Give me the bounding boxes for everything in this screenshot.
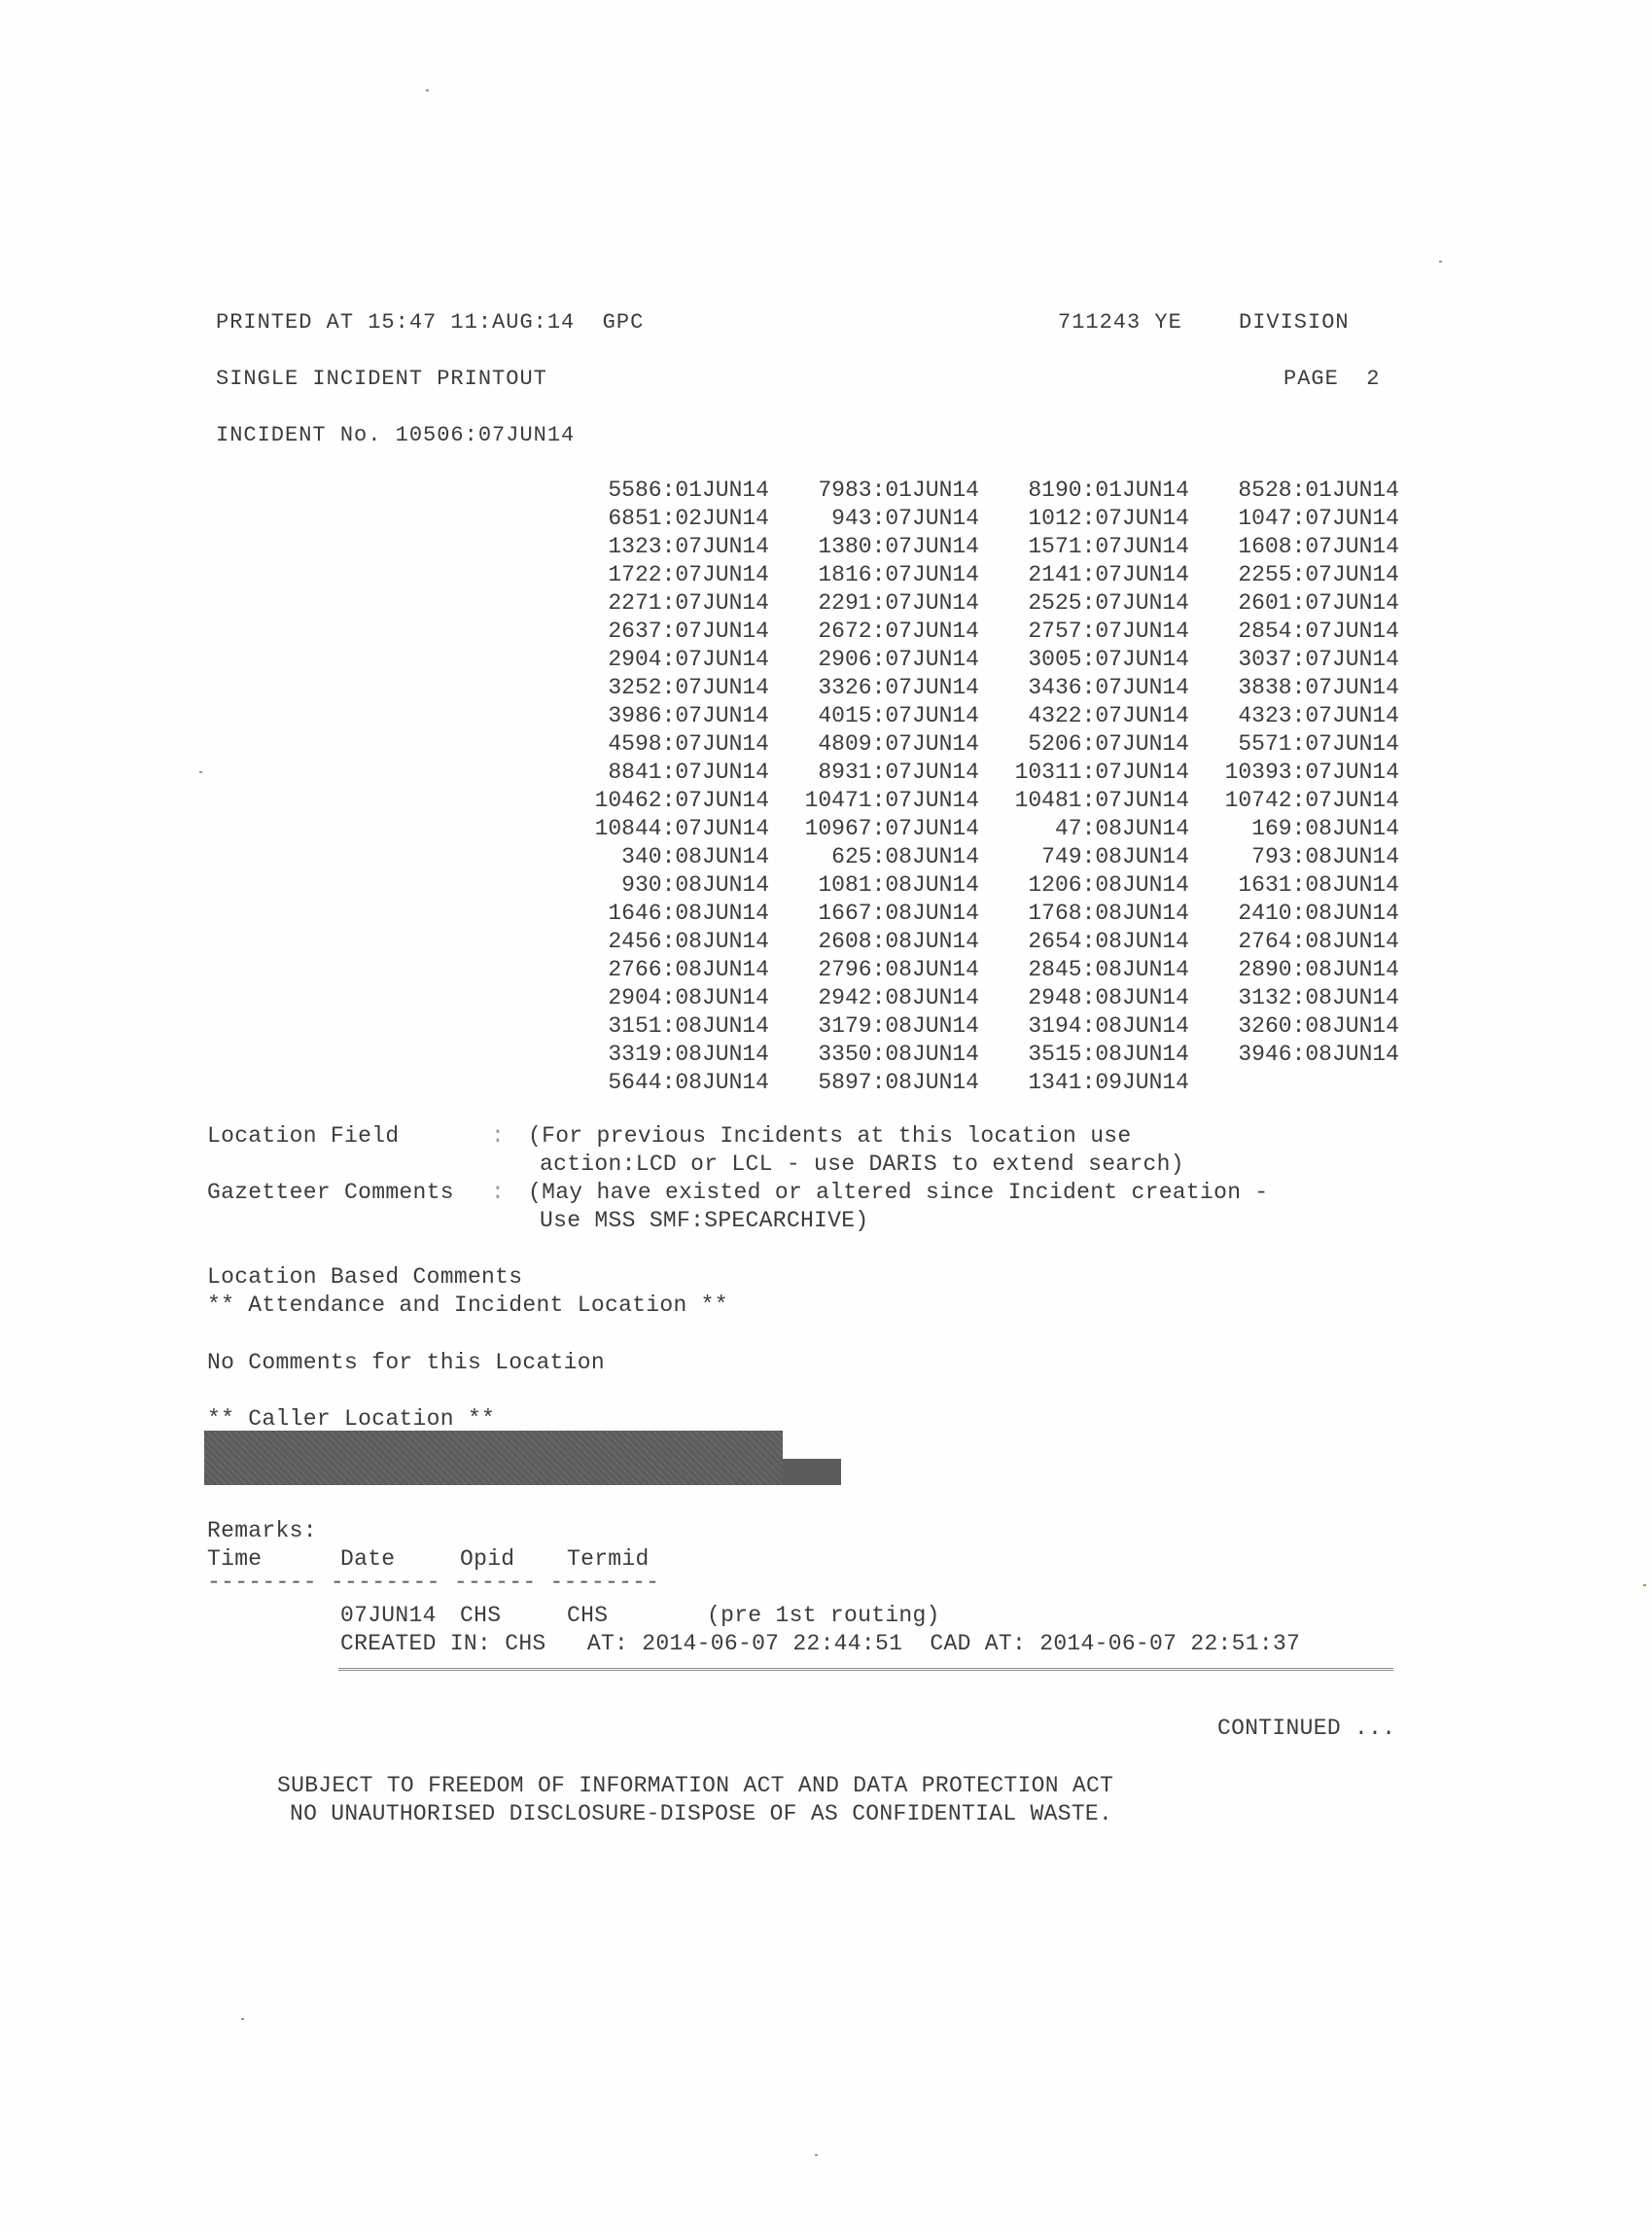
incident-row: 3151:08JUN143179:08JUN143194:08JUN143260…	[559, 1012, 1399, 1041]
incident-reference: 8841:07JUN14	[559, 759, 769, 787]
incident-row: 3252:07JUN143326:07JUN143436:07JUN143838…	[559, 674, 1399, 702]
remarks-col-time: Time	[207, 1545, 262, 1573]
incident-row: 2904:07JUN142906:07JUN143005:07JUN143037…	[559, 646, 1399, 674]
incident-reference: 4598:07JUN14	[559, 730, 769, 759]
incident-reference: 10967:07JUN14	[769, 815, 979, 843]
incident-reference: 2291:07JUN14	[769, 589, 979, 618]
incident-reference: 1667:08JUN14	[769, 900, 979, 928]
remark-date: 07JUN14	[340, 1602, 437, 1629]
incident-row: 10844:07JUN1410967:07JUN1447:08JUN14169:…	[559, 815, 1399, 843]
incident-reference: 2608:08JUN14	[769, 928, 979, 956]
incident-reference: 5586:01JUN14	[559, 477, 769, 505]
location-field-separator: :	[491, 1122, 505, 1150]
incident-row: 2271:07JUN142291:07JUN142525:07JUN142601…	[559, 589, 1399, 618]
caller-location-heading: ** Caller Location **	[207, 1405, 495, 1433]
remarks-col-date: Date	[340, 1545, 395, 1573]
remarks-title: Remarks:	[207, 1517, 317, 1544]
incident-reference: 10462:07JUN14	[559, 787, 769, 815]
incident-reference: 8528:01JUN14	[1189, 477, 1399, 505]
scan-speck	[199, 771, 202, 773]
incident-reference: 2854:07JUN14	[1189, 618, 1399, 646]
incident-reference: 749:08JUN14	[979, 843, 1189, 871]
remarks-col-opid: Opid	[460, 1545, 514, 1573]
incident-reference: 1608:07JUN14	[1189, 533, 1399, 561]
incident-reference: 10311:07JUN14	[979, 759, 1189, 787]
gazetteer-separator: :	[491, 1179, 505, 1206]
incident-reference: 1206:08JUN14	[979, 871, 1189, 900]
incident-row: 930:08JUN141081:08JUN141206:08JUN141631:…	[559, 871, 1399, 900]
incident-reference: 1323:07JUN14	[559, 533, 769, 561]
remark-termid: CHS	[567, 1602, 608, 1629]
location-comments-subtitle: ** Attendance and Incident Location **	[207, 1292, 728, 1319]
scan-speck	[426, 89, 429, 91]
incident-reference: 4323:07JUN14	[1189, 702, 1399, 730]
incident-row: 3319:08JUN143350:08JUN143515:08JUN143946…	[559, 1041, 1399, 1069]
incident-row: 2766:08JUN142796:08JUN142845:08JUN142890…	[559, 956, 1399, 984]
incident-reference: 930:08JUN14	[559, 871, 769, 900]
printout-page: PRINTED AT 15:47 11:AUG:14 GPC 711243 YE…	[0, 0, 1652, 2232]
printed-at: PRINTED AT 15:47 11:AUG:14 GPC	[216, 309, 644, 337]
incident-reference: 3179:08JUN14	[769, 1012, 979, 1041]
incident-reference: 10393:07JUN14	[1189, 759, 1399, 787]
remarks-col-termid: Termid	[567, 1545, 650, 1573]
incident-reference: 3151:08JUN14	[559, 1012, 769, 1041]
incident-reference: 2456:08JUN14	[559, 928, 769, 956]
incident-reference: 6851:02JUN14	[559, 505, 769, 533]
incident-reference: 1768:08JUN14	[979, 900, 1189, 928]
scan-speck	[1439, 261, 1442, 263]
document-title: SINGLE INCIDENT PRINTOUT	[216, 366, 547, 393]
incident-reference: 2255:07JUN14	[1189, 561, 1399, 589]
incident-row: 4598:07JUN144809:07JUN145206:07JUN145571…	[559, 730, 1399, 759]
division-code: 711243 YE	[1058, 309, 1182, 337]
incident-reference: 3515:08JUN14	[979, 1041, 1189, 1069]
incident-reference: 1341:09JUN14	[979, 1069, 1189, 1097]
remarks-header-underline: -------- -------- ------ --------	[207, 1570, 659, 1595]
incident-reference: 4322:07JUN14	[979, 702, 1189, 730]
foi-notice-line2: NO UNAUTHORISED DISCLOSURE-DISPOSE OF AS…	[290, 1800, 1112, 1827]
incident-reference: 1081:08JUN14	[769, 871, 979, 900]
incident-reference: 3838:07JUN14	[1189, 674, 1399, 702]
incident-reference: 625:08JUN14	[769, 843, 979, 871]
incident-reference: 1571:07JUN14	[979, 533, 1189, 561]
page-number: PAGE 2	[1283, 366, 1380, 393]
incident-reference: 5571:07JUN14	[1189, 730, 1399, 759]
incident-reference: 3194:08JUN14	[979, 1012, 1189, 1041]
incident-reference: 1816:07JUN14	[769, 561, 979, 589]
incident-reference: 2766:08JUN14	[559, 956, 769, 984]
incident-reference: 5644:08JUN14	[559, 1069, 769, 1097]
incident-reference: 2948:08JUN14	[979, 984, 1189, 1012]
incident-row: 1722:07JUN141816:07JUN142141:07JUN142255…	[559, 561, 1399, 589]
incident-number: INCIDENT No. 10506:07JUN14	[216, 422, 575, 449]
incident-reference: 2271:07JUN14	[559, 589, 769, 618]
incident-reference: 3326:07JUN14	[769, 674, 979, 702]
incident-reference: 1380:07JUN14	[769, 533, 979, 561]
incident-reference: 1047:07JUN14	[1189, 505, 1399, 533]
gazetteer-line1: (May have existed or altered since Incid…	[528, 1179, 1269, 1206]
incident-reference: 5897:08JUN14	[769, 1069, 979, 1097]
location-field-line2: action:LCD or LCL - use DARIS to extend …	[540, 1151, 1184, 1178]
incident-reference: 793:08JUN14	[1189, 843, 1399, 871]
incident-row: 2456:08JUN142608:08JUN142654:08JUN142764…	[559, 928, 1399, 956]
incident-reference: 2410:08JUN14	[1189, 900, 1399, 928]
incident-reference: 3436:07JUN14	[979, 674, 1189, 702]
incident-reference: 3260:08JUN14	[1189, 1012, 1399, 1041]
incident-reference: 1631:08JUN14	[1189, 871, 1399, 900]
incident-reference: 2764:08JUN14	[1189, 928, 1399, 956]
incident-reference: 2672:07JUN14	[769, 618, 979, 646]
incident-reference: 2845:08JUN14	[979, 956, 1189, 984]
incident-reference: 3946:08JUN14	[1189, 1041, 1399, 1069]
incident-reference: 10844:07JUN14	[559, 815, 769, 843]
incident-reference: 169:08JUN14	[1189, 815, 1399, 843]
incident-reference: 340:08JUN14	[559, 843, 769, 871]
scan-speck	[815, 2154, 818, 2156]
incident-row: 1646:08JUN141667:08JUN141768:08JUN142410…	[559, 900, 1399, 928]
incident-row: 340:08JUN14625:08JUN14749:08JUN14793:08J…	[559, 843, 1399, 871]
incident-row: 1323:07JUN141380:07JUN141571:07JUN141608…	[559, 533, 1399, 561]
incident-reference: 5206:07JUN14	[979, 730, 1189, 759]
location-comments-title: Location Based Comments	[207, 1263, 522, 1291]
remark-created-line: CREATED IN: CHS AT: 2014-06-07 22:44:51 …	[340, 1630, 1300, 1657]
incident-reference: 10471:07JUN14	[769, 787, 979, 815]
incident-reference: 2942:08JUN14	[769, 984, 979, 1012]
remark-opid: CHS	[460, 1602, 501, 1629]
incident-reference: 2141:07JUN14	[979, 561, 1189, 589]
related-incidents-grid: 5586:01JUN147983:01JUN148190:01JUN148528…	[559, 477, 1399, 1097]
incident-row: 5586:01JUN147983:01JUN148190:01JUN148528…	[559, 477, 1399, 505]
incident-reference: 2906:07JUN14	[769, 646, 979, 674]
incident-reference: 1646:08JUN14	[559, 900, 769, 928]
scan-speck	[1643, 1584, 1646, 1586]
incident-reference: 2904:08JUN14	[559, 984, 769, 1012]
incident-row: 10462:07JUN1410471:07JUN1410481:07JUN141…	[559, 787, 1399, 815]
incident-reference: 1012:07JUN14	[979, 505, 1189, 533]
incident-reference: 4809:07JUN14	[769, 730, 979, 759]
incident-row: 2904:08JUN142942:08JUN142948:08JUN143132…	[559, 984, 1399, 1012]
incident-reference: 2757:07JUN14	[979, 618, 1189, 646]
incident-reference: 10742:07JUN14	[1189, 787, 1399, 815]
incident-reference: 3005:07JUN14	[979, 646, 1189, 674]
incident-reference: 3037:07JUN14	[1189, 646, 1399, 674]
incident-reference: 10481:07JUN14	[979, 787, 1189, 815]
redacted-caller-location	[204, 1431, 783, 1485]
remarks-divider	[338, 1668, 1393, 1671]
incident-reference: 4015:07JUN14	[769, 702, 979, 730]
incident-reference: 2601:07JUN14	[1189, 589, 1399, 618]
incident-reference: 2654:08JUN14	[979, 928, 1189, 956]
incident-reference: 3132:08JUN14	[1189, 984, 1399, 1012]
location-field-line1: (For previous Incidents at this location…	[528, 1122, 1132, 1150]
gazetteer-line2: Use MSS SMF:SPECARCHIVE)	[540, 1207, 868, 1234]
redacted-caller-location-tail	[783, 1459, 841, 1485]
no-comments-text: No Comments for this Location	[207, 1349, 605, 1376]
incident-reference	[1189, 1069, 1399, 1097]
incident-reference: 2904:07JUN14	[559, 646, 769, 674]
division-label: DIVISION	[1239, 309, 1350, 337]
incident-reference: 3319:08JUN14	[559, 1041, 769, 1069]
foi-notice-line1: SUBJECT TO FREEDOM OF INFORMATION ACT AN…	[277, 1772, 1113, 1799]
incident-row: 3986:07JUN144015:07JUN144322:07JUN144323…	[559, 702, 1399, 730]
location-field-label: Location Field	[207, 1122, 399, 1150]
incident-row: 2637:07JUN142672:07JUN142757:07JUN142854…	[559, 618, 1399, 646]
incident-reference: 3986:07JUN14	[559, 702, 769, 730]
incident-reference: 2525:07JUN14	[979, 589, 1189, 618]
remark-note: (pre 1st routing)	[707, 1602, 940, 1629]
incident-reference: 943:07JUN14	[769, 505, 979, 533]
incident-reference: 3252:07JUN14	[559, 674, 769, 702]
incident-reference: 47:08JUN14	[979, 815, 1189, 843]
incident-reference: 2637:07JUN14	[559, 618, 769, 646]
incident-reference: 2796:08JUN14	[769, 956, 979, 984]
incident-row: 6851:02JUN14943:07JUN141012:07JUN141047:…	[559, 505, 1399, 533]
gazetteer-label: Gazetteer Comments	[207, 1179, 454, 1206]
incident-reference: 8190:01JUN14	[979, 477, 1189, 505]
scan-speck	[241, 2018, 244, 2020]
continued-label: CONTINUED ...	[1217, 1715, 1395, 1742]
incident-reference: 2890:08JUN14	[1189, 956, 1399, 984]
incident-reference: 3350:08JUN14	[769, 1041, 979, 1069]
incident-reference: 8931:07JUN14	[769, 759, 979, 787]
incident-row: 5644:08JUN145897:08JUN141341:09JUN14	[559, 1069, 1399, 1097]
incident-reference: 1722:07JUN14	[559, 561, 769, 589]
incident-row: 8841:07JUN148931:07JUN1410311:07JUN14103…	[559, 759, 1399, 787]
incident-reference: 7983:01JUN14	[769, 477, 979, 505]
